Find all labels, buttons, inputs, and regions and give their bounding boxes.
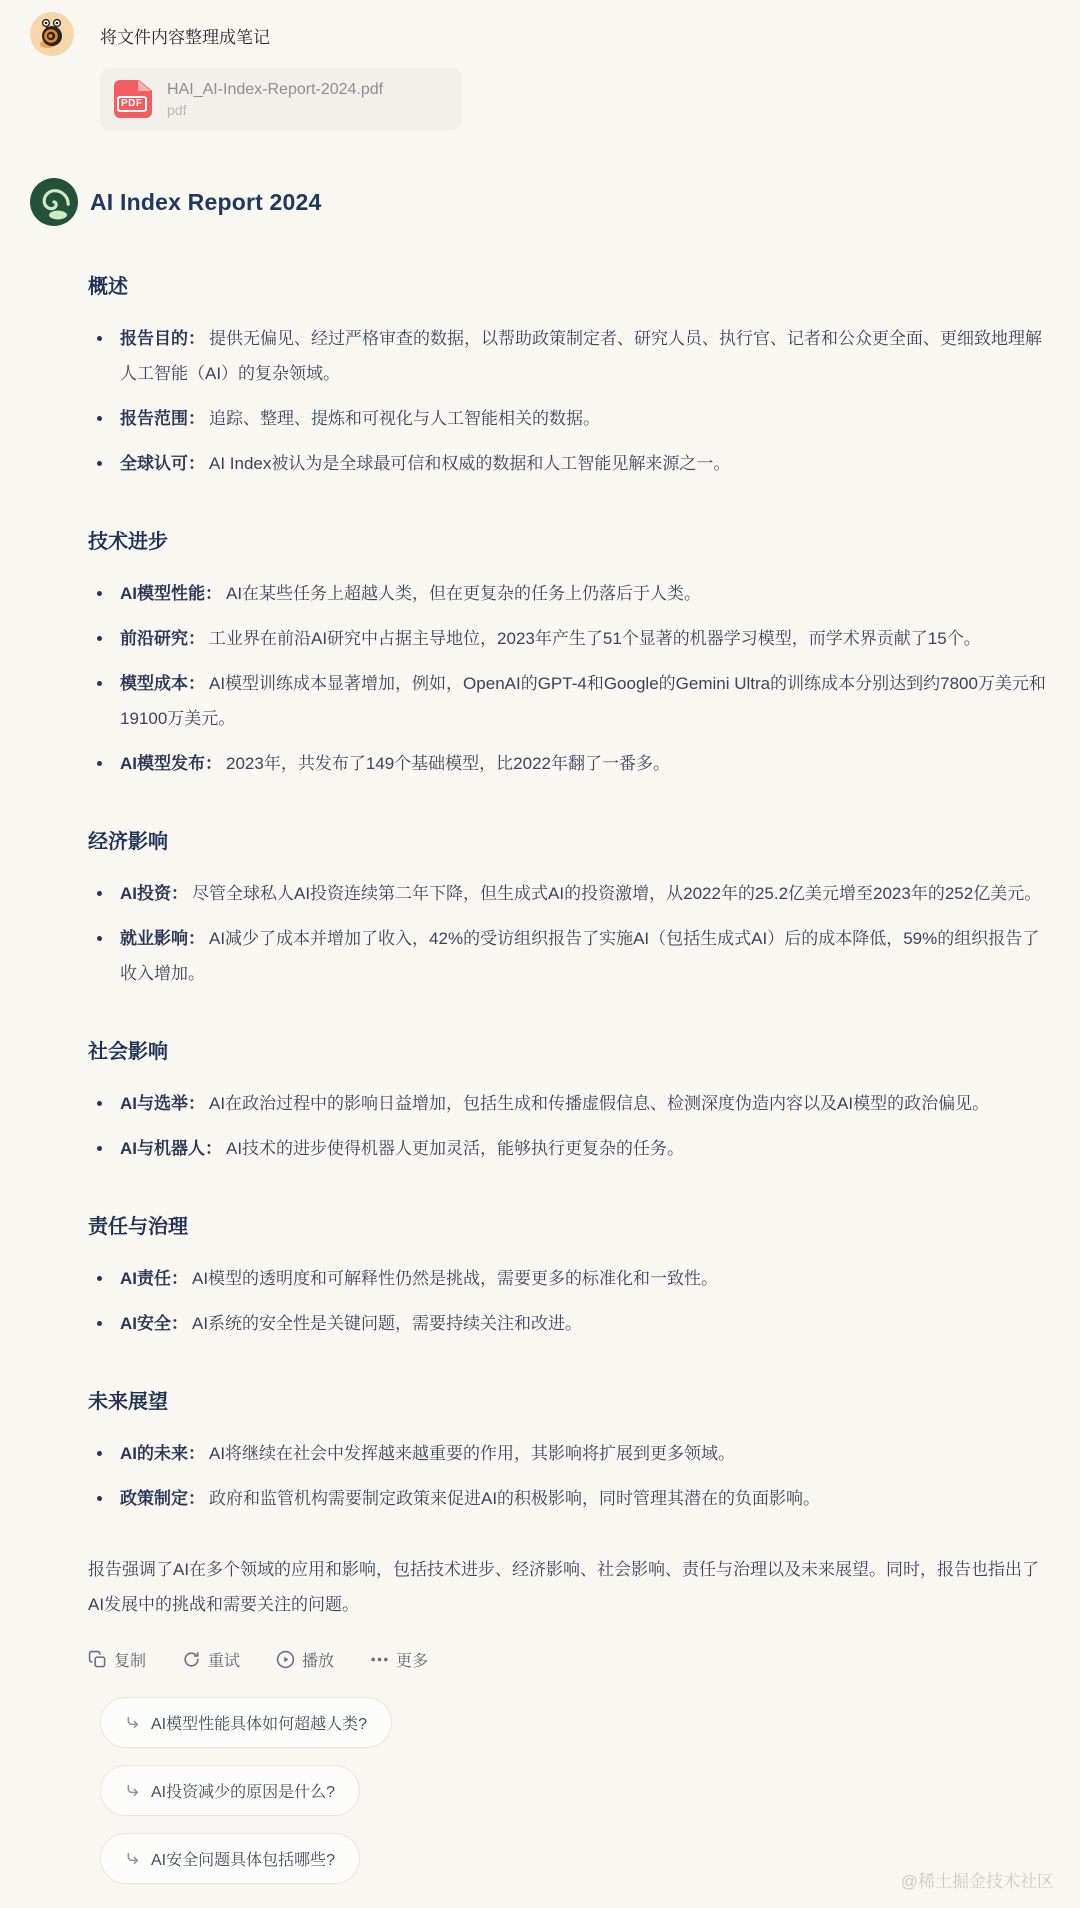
bullet-item: 报告范围：追踪、整理、提炼和可视化与人工智能相关的数据。: [88, 401, 1046, 436]
bullet-text: AI技术的进步使得机器人更加灵活，能够执行更复杂的任务。: [226, 1139, 684, 1158]
user-message-row: 将文件内容整理成笔记: [30, 12, 1050, 56]
bullet-item: 前沿研究：工业界在前沿AI研究中占据主导地位，2023年产生了51个显著的机器学…: [88, 621, 1046, 656]
bullet-colon: ：: [188, 329, 205, 348]
bullet-colon: ：: [188, 674, 205, 693]
bullet-text: AI系统的安全性是关键问题，需要持续关注和改进。: [192, 1314, 582, 1333]
bullet-term: AI与选举: [120, 1094, 188, 1113]
sections-container: 概述报告目的：提供无偏见、经过严格审查的数据，以帮助政策制定者、研究人员、执行官…: [88, 270, 1046, 1516]
bullet-text: AI Index被认为是全球最可信和权威的数据和人工智能见解来源之一。: [209, 454, 730, 473]
section-heading: 责任与治理: [88, 1210, 1046, 1239]
section-heading: 技术进步: [88, 525, 1046, 554]
bullet-item: 报告目的：提供无偏见、经过严格审查的数据，以帮助政策制定者、研究人员、执行官、记…: [88, 321, 1046, 391]
bullet-term: AI与机器人: [120, 1139, 205, 1158]
attachment-card[interactable]: PDF HAI_AI-Index-Report-2024.pdf pdf: [100, 68, 462, 130]
suggestion-text: AI模型性能具体如何超越人类?: [151, 1711, 367, 1734]
bullet-colon: ：: [188, 1444, 205, 1463]
bullet-item: 政策制定：政府和监管机构需要制定政策来促进AI的积极影响，同时管理其潜在的负面影…: [88, 1481, 1046, 1516]
bullet-list: AI责任：AI模型的透明度和可解释性仍然是挑战，需要更多的标准化和一致性。AI安…: [88, 1261, 1046, 1341]
chat-page: 将文件内容整理成笔记 PDF HAI_AI-Index-Report-2024.…: [0, 0, 1080, 1884]
copy-button[interactable]: 复制: [88, 1648, 146, 1671]
assistant-body: 概述报告目的：提供无偏见、经过严格审查的数据，以帮助政策制定者、研究人员、执行官…: [88, 270, 1046, 1671]
pdf-fold-corner: [138, 80, 151, 91]
section-0: 概述报告目的：提供无偏见、经过严格审查的数据，以帮助政策制定者、研究人员、执行官…: [88, 270, 1046, 481]
more-button[interactable]: 更多: [370, 1648, 428, 1671]
bullet-text: 尽管全球私人AI投资连续第二年下降，但生成式AI的投资激增，从2022年的25.…: [192, 884, 1041, 903]
bullet-list: AI与选举：AI在政治过程中的影响日益增加，包括生成和传播虚假信息、检测深度伪造…: [88, 1086, 1046, 1166]
section-heading: 经济影响: [88, 825, 1046, 854]
bullet-item: 全球认可：AI Index被认为是全球最可信和权威的数据和人工智能见解来源之一。: [88, 446, 1046, 481]
bullet-item: AI责任：AI模型的透明度和可解释性仍然是挑战，需要更多的标准化和一致性。: [88, 1261, 1046, 1296]
copy-label: 复制: [114, 1648, 146, 1671]
pdf-icon-label: PDF: [117, 96, 147, 112]
section-heading: 未来展望: [88, 1385, 1046, 1414]
bullet-item: AI的未来：AI将继续在社会中发挥越来越重要的作用，其影响将扩展到更多领域。: [88, 1436, 1046, 1471]
retry-icon: [182, 1650, 201, 1669]
bullet-term: AI模型性能: [120, 584, 205, 603]
branch-arrow-icon: [125, 1783, 141, 1799]
bullet-list: AI的未来：AI将继续在社会中发挥越来越重要的作用，其影响将扩展到更多领域。政策…: [88, 1436, 1046, 1516]
bullet-term: AI的未来: [120, 1444, 188, 1463]
assistant-header: AI Index Report 2024: [30, 178, 1050, 226]
section-5: 未来展望AI的未来：AI将继续在社会中发挥越来越重要的作用，其影响将扩展到更多领…: [88, 1385, 1046, 1516]
bullet-colon: ：: [188, 409, 205, 428]
bullet-term: AI安全: [120, 1314, 171, 1333]
branch-arrow-icon: [125, 1851, 141, 1867]
bullet-text: 追踪、整理、提炼和可视化与人工智能相关的数据。: [209, 409, 600, 428]
bullet-term: 政策制定: [120, 1489, 188, 1508]
bullet-term: AI责任: [120, 1269, 171, 1288]
bullet-item: AI与机器人：AI技术的进步使得机器人更加灵活，能够执行更复杂的任务。: [88, 1131, 1046, 1166]
user-avatar: [30, 12, 74, 56]
bullet-item: 模型成本：AI模型训练成本显著增加，例如，OpenAI的GPT-4和Google…: [88, 666, 1046, 736]
bullet-term: 前沿研究: [120, 629, 188, 648]
copy-icon: [88, 1650, 107, 1669]
bullet-colon: ：: [171, 884, 188, 903]
retry-label: 重试: [208, 1648, 240, 1671]
retry-button[interactable]: 重试: [182, 1648, 240, 1671]
suggestion-pill-1[interactable]: AI模型性能具体如何超越人类?: [100, 1697, 392, 1748]
bullet-list: AI模型性能：AI在某些任务上超越人类，但在更复杂的任务上仍落后于人类。前沿研究…: [88, 576, 1046, 781]
bullet-text: 2023年，共发布了149个基础模型，比2022年翻了一番多。: [226, 754, 670, 773]
bullet-term: 报告目的: [120, 329, 188, 348]
bullet-colon: ：: [205, 1139, 222, 1158]
bullet-item: AI模型发布：2023年，共发布了149个基础模型，比2022年翻了一番多。: [88, 746, 1046, 781]
bullet-text: 提供无偏见、经过严格审查的数据，以帮助政策制定者、研究人员、执行官、记者和公众更…: [120, 329, 1042, 383]
bullet-colon: ：: [188, 629, 205, 648]
play-button[interactable]: 播放: [276, 1648, 334, 1671]
bullet-colon: ：: [205, 754, 222, 773]
bullet-colon: ：: [188, 454, 205, 473]
suggestion-pill-2[interactable]: AI投资减少的原因是什么?: [100, 1765, 360, 1816]
bullet-text: 工业界在前沿AI研究中占据主导地位，2023年产生了51个显著的机器学习模型，而…: [209, 629, 981, 648]
bullet-colon: ：: [171, 1314, 188, 1333]
bullet-term: 全球认可: [120, 454, 188, 473]
bullet-colon: ：: [188, 1094, 205, 1113]
section-3: 社会影响AI与选举：AI在政治过程中的影响日益增加，包括生成和传播虚假信息、检测…: [88, 1035, 1046, 1166]
bullet-list: AI投资：尽管全球私人AI投资连续第二年下降，但生成式AI的投资激增，从2022…: [88, 876, 1046, 991]
bullet-term: AI投资: [120, 884, 171, 903]
more-icon: [370, 1650, 389, 1669]
closing-paragraph: 报告强调了AI在多个领域的应用和影响，包括技术进步、经济影响、社会影响、责任与治…: [88, 1552, 1046, 1622]
file-name: HAI_AI-Index-Report-2024.pdf: [167, 81, 383, 99]
response-title: AI Index Report 2024: [90, 189, 322, 216]
user-message-text: 将文件内容整理成笔记: [100, 12, 270, 48]
bullet-list: 报告目的：提供无偏见、经过严格审查的数据，以帮助政策制定者、研究人员、执行官、记…: [88, 321, 1046, 481]
bullet-item: AI投资：尽管全球私人AI投资连续第二年下降，但生成式AI的投资激增，从2022…: [88, 876, 1046, 911]
suggestions: AI模型性能具体如何超越人类? AI投资减少的原因是什么? AI安全问题具体包括…: [100, 1697, 1050, 1884]
bullet-term: 报告范围: [120, 409, 188, 428]
section-heading: 概述: [88, 270, 1046, 299]
bullet-text: AI模型训练成本显著增加，例如，OpenAI的GPT-4和Google的Gemi…: [120, 674, 1046, 728]
bullet-item: AI安全：AI系统的安全性是关键问题，需要持续关注和改进。: [88, 1306, 1046, 1341]
bullet-item: 就业影响：AI减少了成本并增加了收入，42%的受访组织报告了实施AI（包括生成式…: [88, 921, 1046, 991]
bullet-term: 模型成本: [120, 674, 188, 693]
bullet-text: 政府和监管机构需要制定政策来促进AI的积极影响，同时管理其潜在的负面影响。: [209, 1489, 820, 1508]
section-heading: 社会影响: [88, 1035, 1046, 1064]
suggestion-text: AI投资减少的原因是什么?: [151, 1779, 335, 1802]
bullet-text: AI在某些任务上超越人类，但在更复杂的任务上仍落后于人类。: [226, 584, 701, 603]
bullet-text: AI减少了成本并增加了收入，42%的受访组织报告了实施AI（包括生成式AI）后的…: [120, 929, 1039, 983]
suggestion-pill-3[interactable]: AI安全问题具体包括哪些?: [100, 1833, 360, 1884]
assistant-avatar-snail-icon: [30, 178, 78, 226]
file-type: pdf: [167, 102, 383, 118]
watermark: @稀土掘金技术社区: [901, 1867, 1054, 1892]
play-label: 播放: [302, 1648, 334, 1671]
bullet-item: AI与选举：AI在政治过程中的影响日益增加，包括生成和传播虚假信息、检测深度伪造…: [88, 1086, 1046, 1121]
suggestion-text: AI安全问题具体包括哪些?: [151, 1847, 335, 1870]
bullet-colon: ：: [188, 1489, 205, 1508]
bullet-colon: ：: [188, 929, 205, 948]
section-1: 技术进步AI模型性能：AI在某些任务上超越人类，但在更复杂的任务上仍落后于人类。…: [88, 525, 1046, 781]
bullet-term: AI模型发布: [120, 754, 205, 773]
pdf-file-icon: PDF: [114, 80, 152, 118]
section-2: 经济影响AI投资：尽管全球私人AI投资连续第二年下降，但生成式AI的投资激增，从…: [88, 825, 1046, 991]
section-4: 责任与治理AI责任：AI模型的透明度和可解释性仍然是挑战，需要更多的标准化和一致…: [88, 1210, 1046, 1341]
bullet-text: AI模型的透明度和可解释性仍然是挑战，需要更多的标准化和一致性。: [192, 1269, 718, 1288]
bullet-text: AI在政治过程中的影响日益增加，包括生成和传播虚假信息、检测深度伪造内容以及AI…: [209, 1094, 989, 1113]
bullet-colon: ：: [205, 584, 222, 603]
bullet-text: AI将继续在社会中发挥越来越重要的作用，其影响将扩展到更多领域。: [209, 1444, 735, 1463]
bullet-term: 就业影响: [120, 929, 188, 948]
snail-icon: [35, 17, 69, 51]
more-label: 更多: [396, 1648, 428, 1671]
bullet-colon: ：: [171, 1269, 188, 1288]
branch-arrow-icon: [125, 1715, 141, 1731]
action-bar: 复制 重试 播放 更多: [88, 1648, 1046, 1671]
bullet-item: AI模型性能：AI在某些任务上超越人类，但在更复杂的任务上仍落后于人类。: [88, 576, 1046, 611]
file-meta: HAI_AI-Index-Report-2024.pdf pdf: [167, 81, 383, 118]
play-icon: [276, 1650, 295, 1669]
